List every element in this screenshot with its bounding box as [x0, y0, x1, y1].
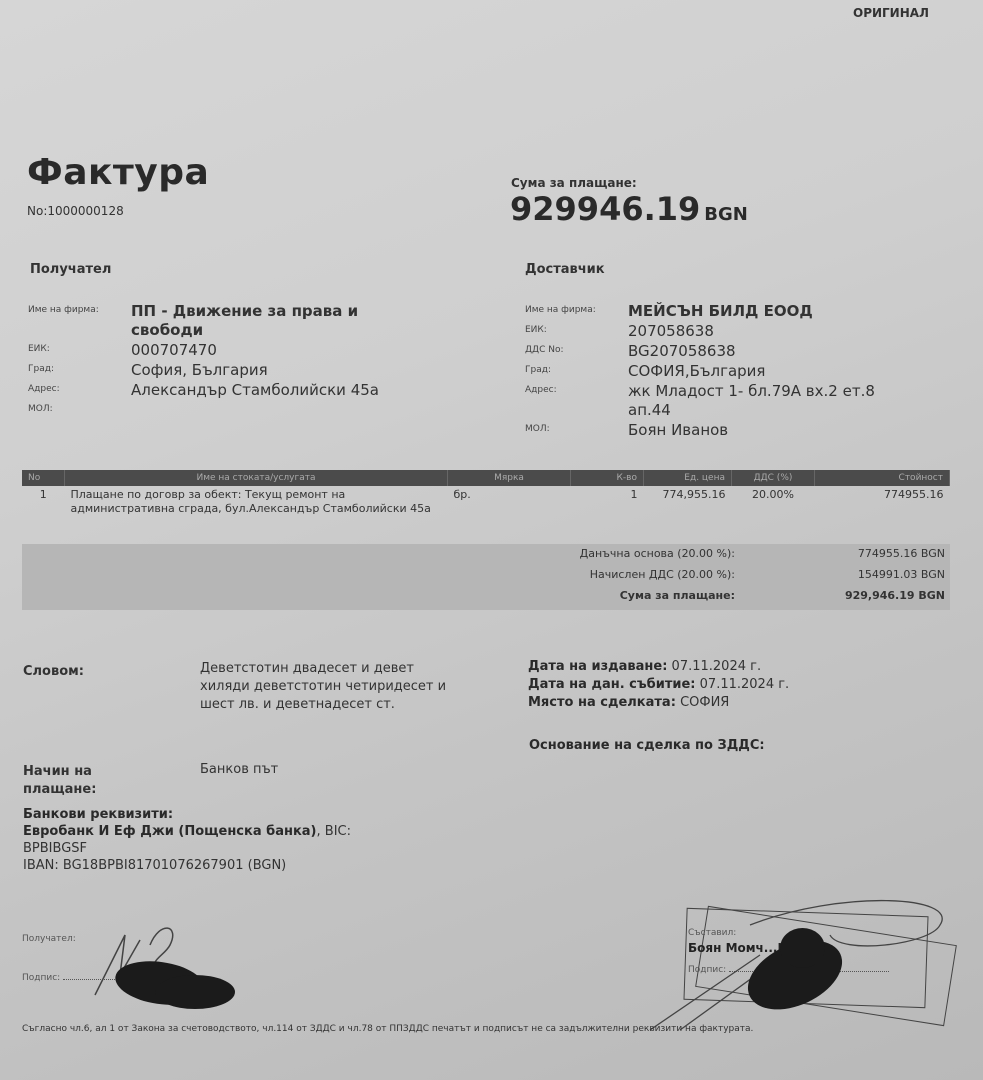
field-label: Адрес:: [28, 381, 131, 400]
field-label: ДДС No:: [525, 342, 628, 361]
payment-method-label: Начин на плащане:: [23, 763, 143, 799]
tax-event-label: Дата на дан. събитие:: [528, 677, 696, 692]
issue-date-value: 07.11.2024 г.: [672, 659, 762, 674]
table-row: 1 Плащане по договр за обект: Текущ ремо…: [22, 486, 950, 518]
field-label: МОЛ:: [525, 421, 628, 440]
document-title: Фактура: [27, 152, 209, 193]
col-name: Име на стоката/услугата: [65, 470, 448, 486]
supplier-details: Име на фирма: МЕЙСЪН БИЛД ЕООД ЕИК: 2070…: [525, 302, 925, 440]
field-label: Име на фирма:: [525, 302, 628, 321]
supplier-address: жк Младост 1- бл.79А вх.2 ет.8 ап.44: [628, 382, 918, 420]
col-vat: ДДС (%): [732, 470, 815, 486]
col-unit-price: Ед. цена: [644, 470, 732, 486]
recipient-address: Александър Стамболийски 45а: [131, 381, 428, 400]
bank-label: Банкови реквизити:: [23, 807, 173, 822]
recipient-sign-label: Получател:: [22, 934, 76, 944]
invoice-number: No:1000000128: [27, 204, 124, 218]
amount-due: 929946.19BGN: [510, 190, 748, 228]
recipient-heading: Получател: [30, 262, 111, 277]
cell-qty: 1: [571, 486, 644, 518]
supplier-city: СОФИЯ,България: [628, 362, 925, 381]
cell-no: 1: [22, 486, 65, 518]
bank-details: Банкови реквизити: Евробанк И Еф Джи (По…: [23, 806, 351, 874]
words-label: Словом:: [23, 664, 84, 679]
tax-base-label: Данъчна основа (20.00 %):: [435, 547, 735, 560]
bic-label: , BIC:: [317, 824, 351, 839]
amount-in-words: Деветстотин двадесет и девет хиляди деве…: [200, 660, 460, 714]
amount-due-currency: BGN: [704, 204, 748, 225]
field-label: Град:: [525, 362, 628, 381]
vat-label: Начислен ДДС (20.00 %):: [435, 568, 735, 581]
col-unit: Мярка: [448, 470, 571, 486]
col-qty: К-во: [571, 470, 644, 486]
supplier-vat-no: BG207058638: [628, 342, 925, 361]
vat-value: 154991.03 BGN: [735, 568, 945, 581]
field-label: ЕИК:: [525, 322, 628, 341]
amount-due-label: Сума за плащане:: [511, 176, 637, 190]
field-label: ЕИК:: [28, 341, 131, 360]
vat-basis-label: Основание на сделка по ЗДДС:: [529, 738, 765, 753]
cell-amount: 774955.16: [815, 486, 950, 518]
signature-label: Подпис:: [22, 973, 60, 983]
copy-label: ОРИГИНАЛ: [853, 6, 929, 20]
redaction-blob: [780, 928, 825, 968]
cell-unit: бр.: [448, 486, 571, 518]
cell-vat: 20.00%: [732, 486, 815, 518]
bic-value: BPBIBGSF: [23, 840, 351, 857]
recipient-mol: [131, 401, 428, 414]
supplier-eik: 207058638: [628, 322, 925, 341]
col-amount: Стойност: [815, 470, 950, 486]
cell-unit-price: 774,955.16: [644, 486, 732, 518]
dates-block: Дата на издаване: 07.11.2024 г. Дата на …: [528, 658, 789, 712]
recipient-details: Име на фирма: ПП - Движение за права и с…: [28, 302, 428, 414]
field-label: Име на фирма:: [28, 302, 131, 340]
table-header-row: No Име на стоката/услугата Мярка К-во Ед…: [22, 470, 950, 486]
col-no: No: [22, 470, 65, 486]
redaction-blob: [155, 975, 235, 1009]
recipient-company: ПП - Движение за права и свободи: [131, 302, 391, 340]
recipient-city: София, България: [131, 361, 428, 380]
issue-date-label: Дата на издаване:: [528, 659, 667, 674]
place-label: Място на сделката:: [528, 695, 676, 710]
cell-name: Плащане по договр за обект: Текущ ремонт…: [65, 486, 448, 518]
total-value: 929,946.19 BGN: [735, 589, 945, 602]
tax-event-value: 07.11.2024 г.: [700, 677, 790, 692]
supplier-mol: Боян Иванов: [628, 421, 925, 440]
iban: IBAN: BG18BPBI81701076267901 (BGN): [23, 857, 351, 874]
amount-due-value: 929946.19: [510, 190, 700, 228]
supplier-heading: Доставчик: [525, 262, 605, 277]
totals-box: Данъчна основа (20.00 %): 774955.16 BGN …: [22, 544, 950, 610]
supplier-company: МЕЙСЪН БИЛД ЕООД: [628, 302, 925, 321]
field-label: МОЛ:: [28, 401, 131, 414]
payment-method-value: Банков път: [200, 762, 278, 777]
place-value: СОФИЯ: [680, 695, 729, 710]
recipient-eik: 000707470: [131, 341, 428, 360]
field-label: Адрес:: [525, 382, 628, 420]
items-table: No Име на стоката/услугата Мярка К-во Ед…: [22, 470, 950, 518]
legal-footnote: Съгласно чл.6, ал 1 от Закона за счетово…: [22, 1024, 753, 1034]
total-label: Сума за плащане:: [435, 589, 735, 602]
tax-base-value: 774955.16 BGN: [735, 547, 945, 560]
bank-name: Евробанк И Еф Джи (Пощенска банка): [23, 824, 317, 839]
field-label: Град:: [28, 361, 131, 380]
